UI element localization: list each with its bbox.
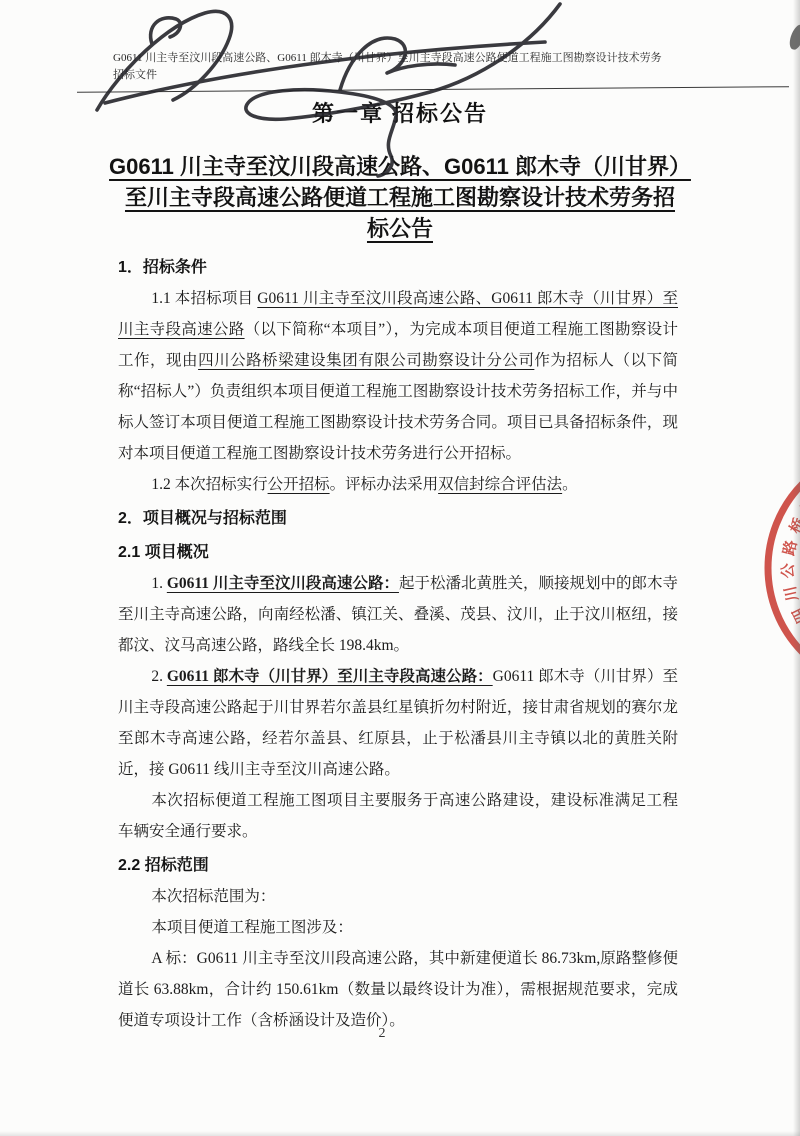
- body-text: 。评标办法采用: [330, 476, 439, 493]
- document-title-line: 标公告: [60, 213, 740, 244]
- paragraph: 2. G0611 郎木寺（川甘界）至川主寺段高速公路：G0611 郎木寺（川甘界…: [118, 661, 678, 785]
- paragraph: 1. G0611 川主寺至汶川段高速公路：起于松潘北黄胜关，顺接规划中的郎木寺至…: [118, 568, 678, 661]
- paragraph: 本次招标便道工程施工图项目主要服务于高速公路建设，建设标准满足工程车辆安全通行要…: [118, 785, 678, 847]
- underlined-text: G0611 郎木寺（川甘界）至川主寺段高速公路：: [167, 668, 493, 685]
- underlined-text: 公开招标: [268, 476, 330, 493]
- chapter-title: 第一章 招标公告: [0, 97, 800, 128]
- body-text: 本次招标便道工程施工图项目主要服务于高速公路建设，建设标准满足工程车辆安全通行要…: [118, 792, 678, 840]
- running-header-line1: G0611 川主寺至汶川段高速公路、G0611 郎木寺（川甘界）至川主寺段高速公…: [113, 50, 713, 67]
- underlined-text: 四川公路桥梁建设集团有限公司勘察设计分公司: [198, 352, 534, 369]
- body-text: 1.2 本次招标实行: [151, 476, 267, 493]
- body-text: 本次招标范围为：: [151, 888, 275, 905]
- underlined-text: G0611 川主寺至汶川段高速公路：: [167, 575, 399, 592]
- section-heading: 1．招标条件: [118, 252, 678, 283]
- body-text: 1.: [151, 575, 167, 592]
- paragraph: 1.2 本次招标实行公开招标。评标办法采用双信封综合评估法。: [118, 469, 678, 500]
- body-text: 本项目便道工程施工图涉及：: [151, 919, 353, 936]
- page-number: 2: [0, 1026, 764, 1042]
- scanned-document-page: G0611 川主寺至汶川段高速公路、G0611 郎木寺（川甘界）至川主寺段高速公…: [0, 0, 800, 1136]
- section-heading: 2.2 招标范围: [118, 850, 678, 881]
- paragraph: 1.1 本招标项目 G0611 川主寺至汶川段高速公路、G0611 郎木寺（川甘…: [118, 283, 678, 469]
- paragraph: 本项目便道工程施工图涉及：: [118, 912, 678, 943]
- paragraph: A 标：G0611 川主寺至汶川段高速公路，其中新建便道长 86.73km,原路…: [118, 943, 678, 1036]
- document-title-line: 至川主寺段高速公路便道工程施工图勘察设计技术劳务招: [60, 182, 740, 213]
- body-text: 2.: [151, 668, 167, 685]
- document-title-line: G0611 川主寺至汶川段高速公路、G0611 郎木寺（川甘界）: [60, 151, 740, 182]
- header-rule: [77, 86, 789, 93]
- paragraph: 本次招标范围为：: [118, 881, 678, 912]
- running-header: G0611 川主寺至汶川段高速公路、G0611 郎木寺（川甘界）至川主寺段高速公…: [113, 50, 713, 84]
- body-text: A 标：G0611 川主寺至汶川段高速公路，其中新建便道长 86.73km,原路…: [118, 950, 678, 1029]
- body-text: 1.1 本招标项目: [151, 290, 257, 307]
- scan-edge-shadow-right: [793, 0, 800, 1136]
- body-text: 。: [562, 476, 578, 493]
- document-title: G0611 川主寺至汶川段高速公路、G0611 郎木寺（川甘界） 至川主寺段高速…: [60, 151, 740, 244]
- document-body: 1．招标条件1.1 本招标项目 G0611 川主寺至汶川段高速公路、G0611 …: [118, 249, 678, 1036]
- scan-edge-shadow-bottom: [0, 1131, 800, 1136]
- underlined-text: 双信封综合评估法: [438, 476, 562, 493]
- running-header-line2: 招标文件: [113, 67, 713, 84]
- section-heading: 2.1 项目概况: [118, 537, 678, 568]
- section-heading: 2．项目概况与招标范围: [118, 503, 678, 534]
